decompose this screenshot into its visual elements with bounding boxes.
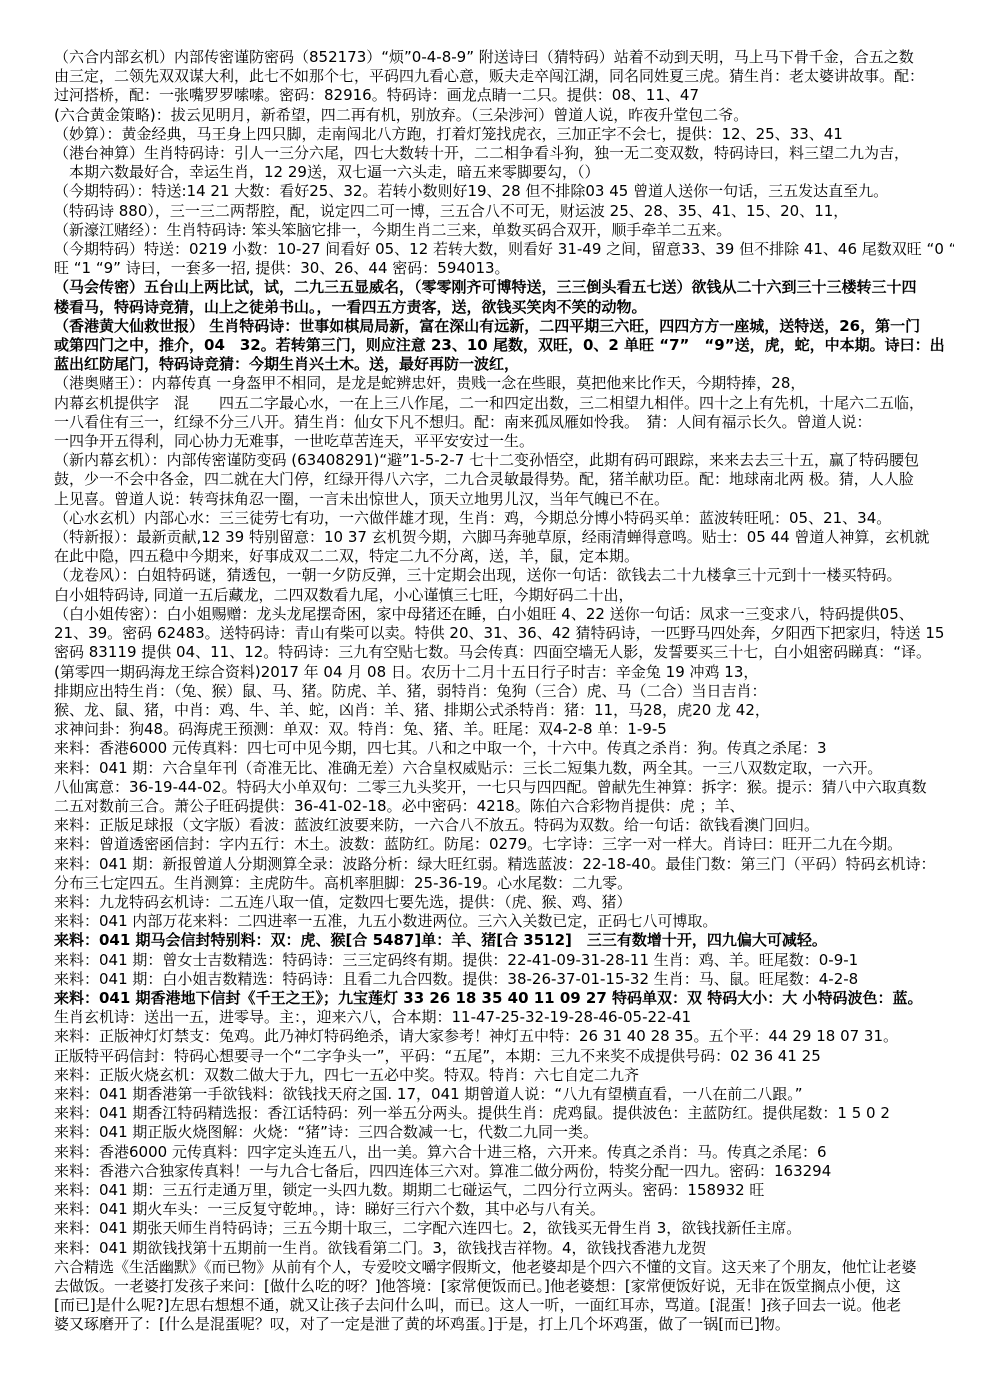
text-line: 一八看住有三一，红绿不分三八开。猜生肖：仙女下凡不想归。配：南来孤凤雁如怜我。 … — [54, 413, 954, 432]
text-line: （心水玄机）内部心水：三三徒劳七有功，一六做伴雄才现，生肖：鸡，今期总分博小特码… — [54, 509, 954, 528]
text-line: （特新报）：最新贡献,12 39 特别留意：10 37 玄机贺今期，六脚马奔驰草… — [54, 528, 954, 547]
text-line: 来料：041 期张天师生肖特码诗；三五今期十取三，二字配六连四七。2，欲钱买无骨… — [54, 1219, 954, 1238]
text-line: 密码 83119 提供 04、11、12。特码诗：三九有空贴七数。马会传真：四面… — [54, 643, 954, 662]
text-line: （六合内部玄机）内部传密谨防密码（852173）“烦”0-4-8-9” 附送诗曰… — [54, 48, 954, 67]
text-line: 旺 “1 “9” 诗曰，一套多一招, 提供：30、26、44 密码：594013… — [54, 259, 954, 278]
text-line: 蓝出红防尾门，特码诗竞猜：今期生肖兴土木。送，最好再防一波红， — [54, 355, 954, 374]
text-line: 本期六数最好合，幸运生肖，12 29送，双七逼一六头走，暗五来零脚要勾，（） — [54, 163, 954, 182]
text-line: （香港黄大仙救世报） 生肖特码诗：世事如棋局局新，富在深山有远新，二四平期三六旺… — [54, 317, 954, 336]
text-line: 来料：041 期香江特码精选报：香江话特码：列一举五分两头。提供生肖：虎鸡鼠。提… — [54, 1104, 954, 1123]
text-line: 八仙寓意：36-19-44-02。特码大小单双句：二零三九头奖开，一七只与四四配… — [54, 778, 954, 797]
text-line: 排期应出特生肖：（兔、猴）鼠、马、猪。防虎、羊、猪，弱特肖：兔狗（三合）虎、马（… — [54, 682, 954, 701]
text-line: 来料：041 期：六合皇年刊（奇准无比、准确无差）六合皇权威贴示：三长二短集九数… — [54, 759, 954, 778]
text-line: （妙算）：黄金经典，马王身上四只脚，走南闯北八方跑，打着灯笼找虎衣，三加正字不会… — [54, 125, 954, 144]
text-line: 生肖玄机诗：送出一五，进零导。主：，迎来六八，合本期：11-47-25-32-1… — [54, 1008, 954, 1027]
text-line: 来料：041 期欲钱找第十五期前一生肖。欲钱看第二门。3，欲钱找吉祥物。4，欲钱… — [54, 1239, 954, 1258]
text-line: 过河搭桥，配：一张嘴罗罗嗦嗦。密码：82916。特码诗：画龙点睛一二只。提供：0… — [54, 86, 954, 105]
text-line: （新内幕玄机）：内部传密谨防变码 (63408291)“避”1-5-2-7 七十… — [54, 451, 954, 470]
text-line: 正版特平码信封：特码心想要寻一个“二字争头一”，平码：“五尾”，本期：三九不来奖… — [54, 1047, 954, 1066]
text-line: 一四争开五得利，同心协力无难事，一世吃草苦连天，平平安安过一生。 — [54, 432, 954, 451]
text-line: 来料：九龙特码玄机诗：二五连八取一值，定数四七要先选，提供：（虎、猴、鸡、猪） — [54, 893, 954, 912]
lottery-tips-document: （六合内部玄机）内部传密谨防密码（852173）“烦”0-4-8-9” 附送诗曰… — [0, 0, 994, 1335]
text-line: （今期特码）：特送:14 21 大数：看好25、32。若转小数则好19、28 但… — [54, 182, 954, 201]
text-line: (六合黄金策略)：拔云见明月，新希望，四二再有机，别放弃。（三朵涉河）曾道人说，… — [54, 106, 954, 125]
text-line: 来料：041 期正版火烧图解：火烧：“猪”诗：三四合数减一七，代数二九同一类。 — [54, 1123, 954, 1142]
text-line: （港台神算）生肖特码诗：引人一三分六尾，四七大数转十开，二二相争看斗狗，独一无二… — [54, 144, 954, 163]
text-line: [而已]是什么呢?]左思右想想不通，就又让孩子去问什么叫，而已。这人一听，一面红… — [54, 1296, 954, 1315]
text-line: 猴、龙、鼠、猪，中肖：鸡、牛、羊、蛇，凶肖：羊、猪、排期公式杀特肖：猪：11，马… — [54, 701, 954, 720]
text-line: 婆又琢磨开了：[什么是混蛋呢？叹，对了一定是泄了黄的坏鸡蛋。]于是，打上几个坏鸡… — [54, 1315, 954, 1334]
text-line: 求神问卦：狗48。码海虎王预测：单双：双。特肖：兔、猪、羊。旺尾：双4-2-8 … — [54, 720, 954, 739]
text-line: 上见喜。曾道人说：转弯抹角忍一圈，一言未出惊世人，顶天立地男儿汉，当年气魄已不在… — [54, 490, 954, 509]
text-line: （特码诗 880），三一三二两帮腔，配，说定四二可一博，三五合八不可无，财运波 … — [54, 202, 954, 221]
text-line: 来料：041 内部万花来料：二四进率一五准，九五小数进两位。三六入关数已定，正码… — [54, 912, 954, 931]
text-line: 楼看马，特码诗竞猜，山上之徒弟书山。，一看四五方责客，送，欲钱买笑肉不笑的动物。 — [54, 298, 954, 317]
text-line: 二五对数前三合。萧公子旺码提供：36-41-02-18。必中密码：4218。陈伯… — [54, 797, 954, 816]
text-line: （白小姐传密）：白小姐赐赠：龙头龙尾摆奇困，家中母猪还在睡，白小姐旺 4、22 … — [54, 605, 954, 624]
text-line: 来料：正版火烧玄机：双数二做大于九，四七一五必中奖。特双。特肖：六七自定二九齐 — [54, 1066, 954, 1085]
text-line: 去做饭。一老婆打发孩子来问：[做什么吃的呀？]他答境：[家常便饭而已。]他老婆想… — [54, 1277, 954, 1296]
text-line: 或第四门之中，推介，04 32。若转第三门，则应注意 23、10 尾数，双旺，0… — [54, 336, 954, 355]
text-line: 来料：041 期马会信封特别料：双：虎、猴[合 5487]单：羊、猪[合 351… — [54, 931, 954, 950]
text-line: 分布三七定四五。生肖测算：主虎防牛。高机率胆脚：25-36-19。心水尾数：二九… — [54, 874, 954, 893]
text-line: 来料：041 期香港地下信封《千王之王》；九宝莲灯 33 26 18 35 40… — [54, 989, 954, 1008]
text-line: 鼓，少一不会中各金，四二就在大门停，红绿开得八六字，二九合灵敏最得势。配，猪羊献… — [54, 470, 954, 489]
text-line: 来料：041 期：白小姐吉数精选：特码诗：且看二九合四数。提供：38-26-37… — [54, 970, 954, 989]
text-line: 由三定，二领先双双谋大利，此七不如那个七，平码四九看心意，贩夫走卒闯江湖，同名同… — [54, 67, 954, 86]
text-line: 六合精选《生活幽默》《而已物》从前有个人，专爱咬文嚼字假斯文，他老婆却是个四六不… — [54, 1258, 954, 1277]
text-line: 白小姐特码诗, 同道一五后藏龙，二四双数看九尾，小心谨慎三七旺，今期好码二十出， — [54, 586, 954, 605]
text-line: 来料：曾道透密函信封：字内五行：木土。波数：蓝防红。防尾：0279。七字诗：三字… — [54, 835, 954, 854]
text-line: （今期特码）特送：0219 小数：10-27 间看好 05、12 若转大数，则看… — [54, 240, 954, 259]
text-line: （马会传密）五台山上两比试，试，二九三五显威名，（零零刚齐可博特送，三三倒头看五… — [54, 278, 954, 297]
text-line: 在此中隐，四五稳中今期来，好事成双二二双，特定二九不分离，送，羊，鼠，定本期。 — [54, 547, 954, 566]
text-line: 来料：041 期：新报曾道人分期测算全录：波路分析：绿大旺红弱。精选蓝波：22-… — [54, 855, 954, 874]
text-line: 内幕玄机提供字 混 四五二字最心水，一在上三八作尾，二一和四定出数，三二相望九相… — [54, 394, 954, 413]
text-line: （新濠江赌经）：生肖特码诗: 笨头笨脑它排一，今期生肖二三来，单数买码合双开，顺… — [54, 221, 954, 240]
text-line: 来料：041 期：三五行走通万里，锁定一头四九数。期期二七碰运气，二四分行立两头… — [54, 1181, 954, 1200]
text-line: 来料：香港6000 元传真料：四七可中见今期，四七其。八和之中取一个，十六中。传… — [54, 739, 954, 758]
text-line: 来料：041 期火车头：一三反复守乾坤。，诗：睇好三行六个数，其中必与八有关。 — [54, 1200, 954, 1219]
text-line: 来料：041 期香港第一手欲钱料：欲钱找天府之国. 17，041 期曾道人说：“… — [54, 1085, 954, 1104]
text-line: 21、39。密码 62483。送特码诗：青山有柴可以卖。特供 20、31、36、… — [54, 624, 954, 643]
text-line: 来料：香港六合独家传真料！一与九合七备后，四四连体三六对。算准二做分两份，特奖分… — [54, 1162, 954, 1181]
text-line: （龙卷风）：白姐特码谜，猜透包，一朝一夕防反弹，三十定期会出现，送你一句话：欲钱… — [54, 566, 954, 585]
text-line: （港奥赌王）：内幕传真 一身盔甲不相同，是龙是蛇辨忠奸，贵贱一念在些眼，莫把他来… — [54, 374, 954, 393]
text-line: 来料：041 期：曾女士吉数精选：特码诗：三三定码终有期。提供：22-41-09… — [54, 951, 954, 970]
text-line: 来料：正版神灯灯禁支：兔鸡。此乃神灯特码绝杀，请大家参考！神灯五中特：26 31… — [54, 1027, 954, 1046]
text-line: 来料：正版足球报（文字版）看波：蓝波红波要来防，一六合八不放五。特码为双数。给一… — [54, 816, 954, 835]
text-line: 来料：香港6000 元传真料：四字定头连五八，出一美。算六合十进三格，六开来。传… — [54, 1143, 954, 1162]
text-line: (第零四一期码海龙王综合资料)2017 年 04 月 08 日。农历十二月十五日… — [54, 663, 954, 682]
page: { "page": { "background_color": "#ffffff… — [0, 0, 994, 1388]
